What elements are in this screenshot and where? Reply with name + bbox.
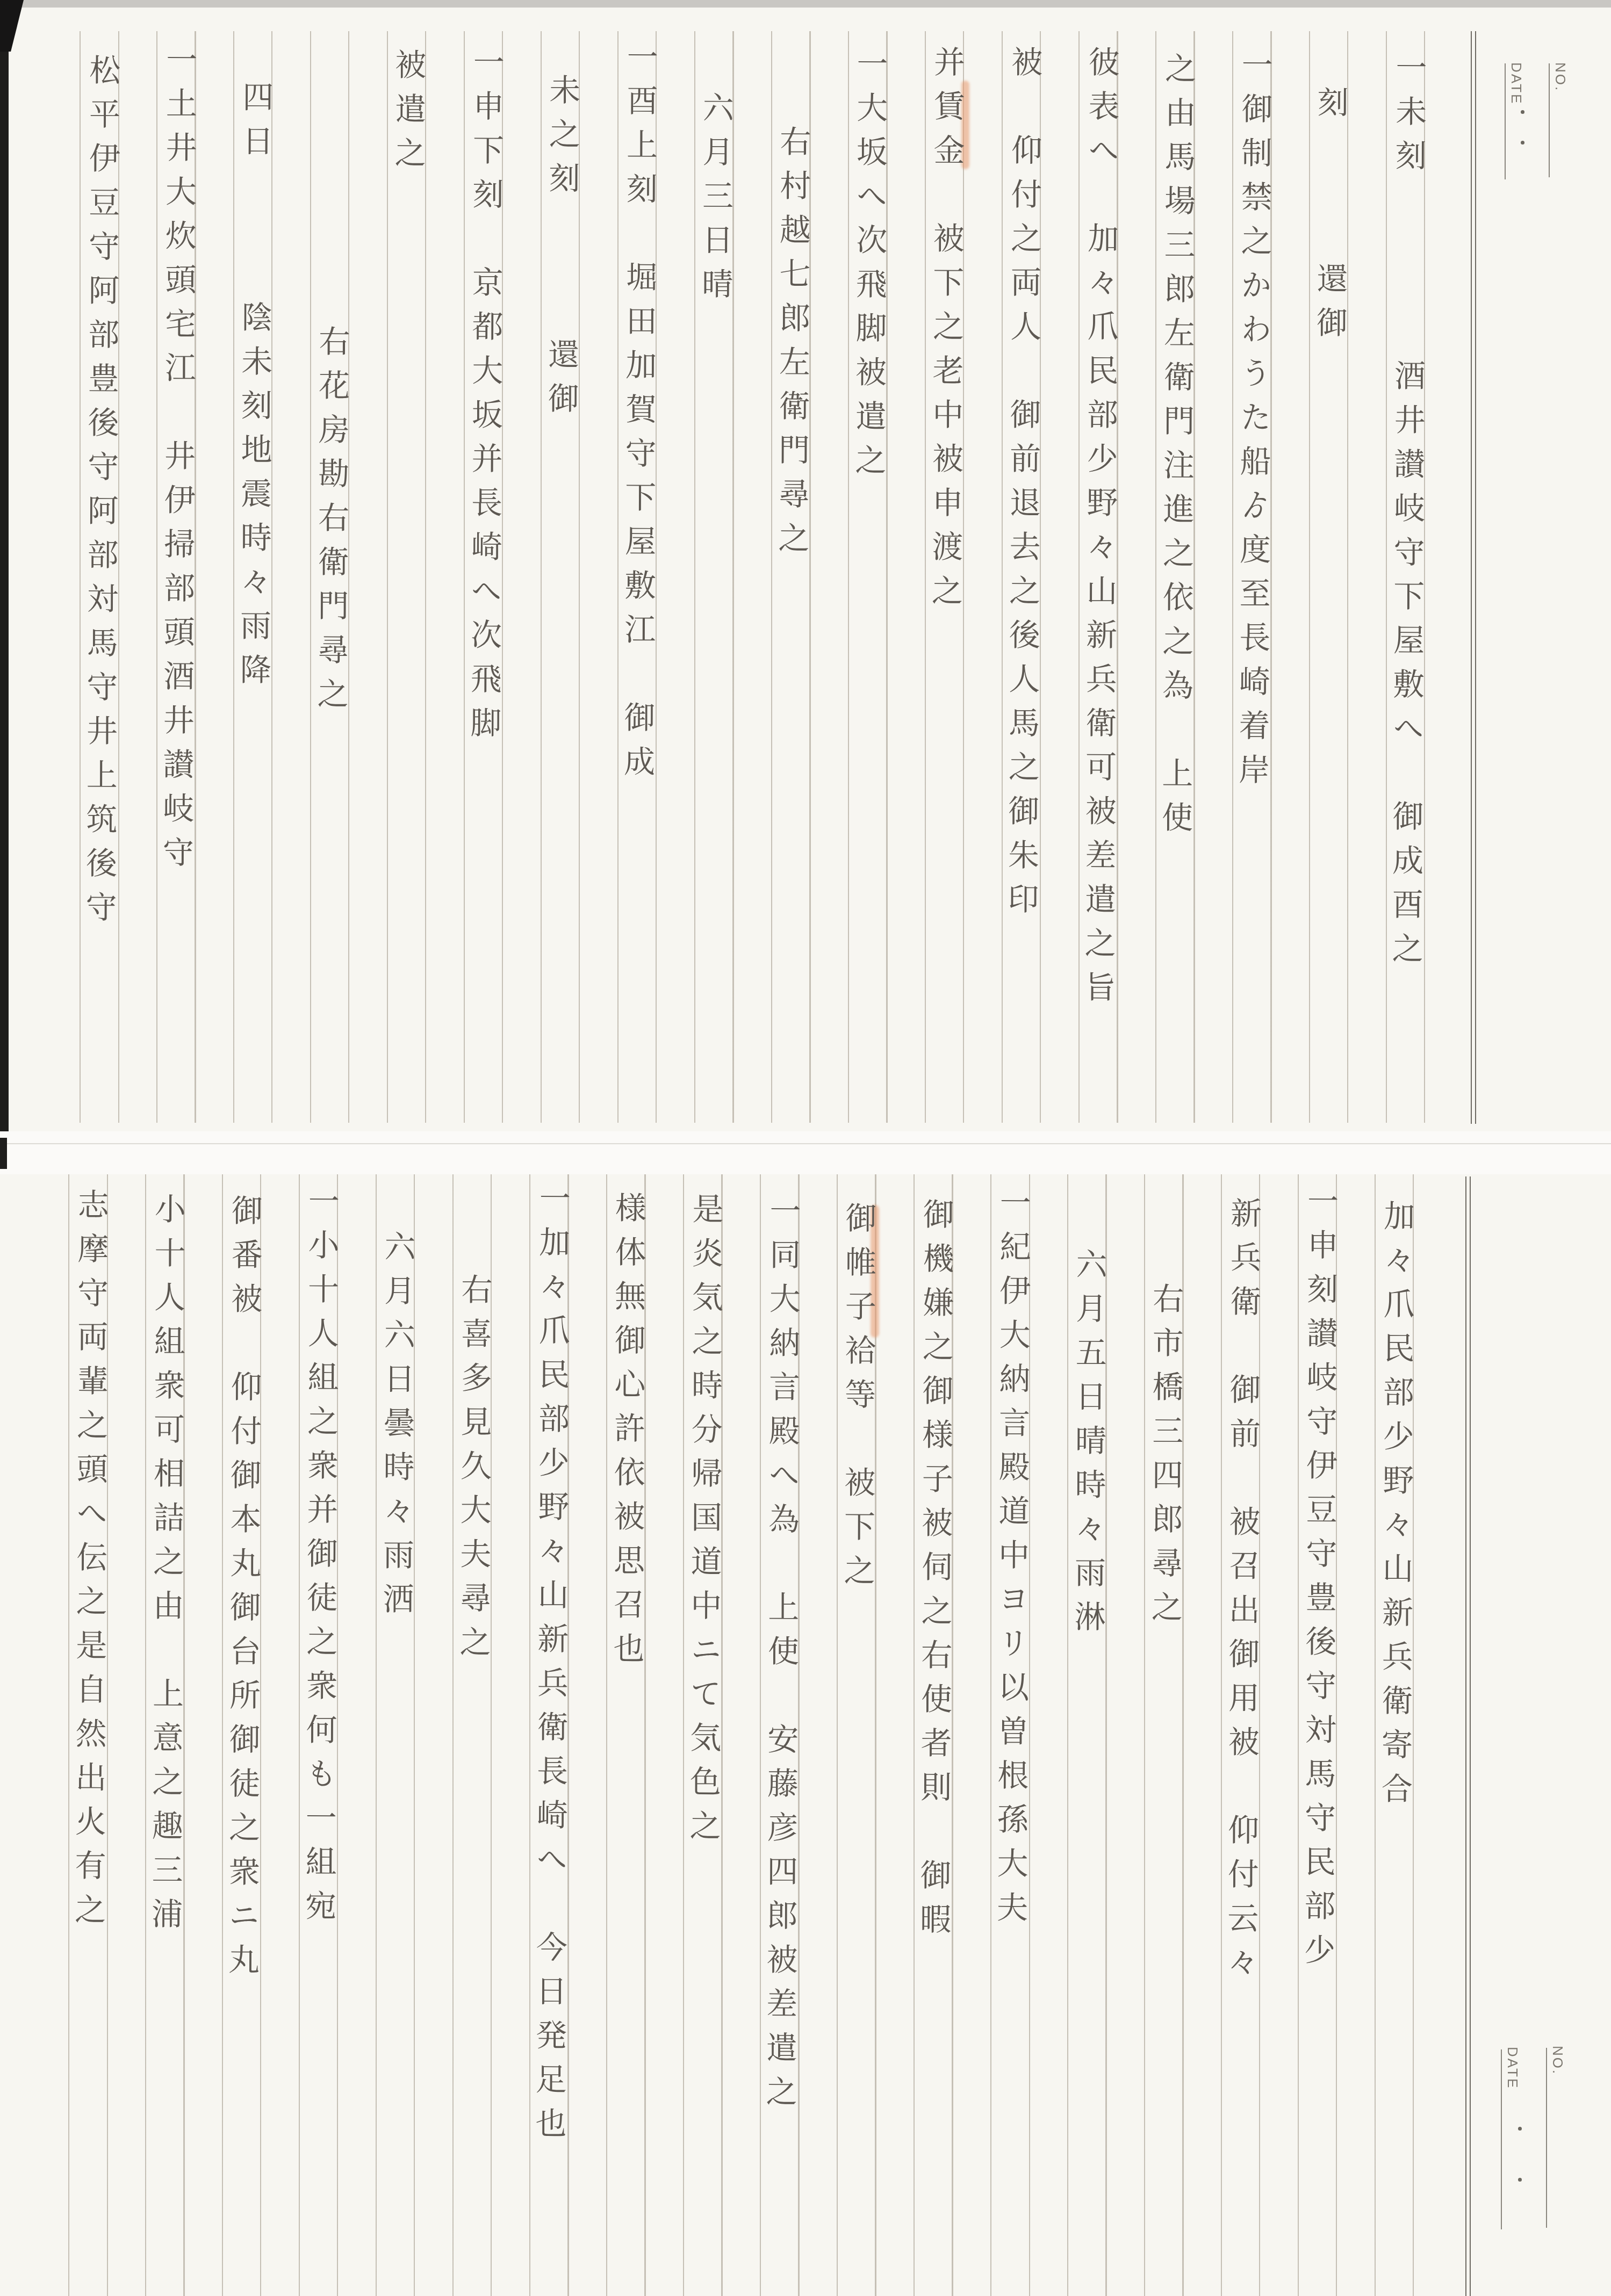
- handwritten-column: 被遣之: [386, 48, 426, 180]
- handwritten-column: 一同大納言殿へ為 上使 安藤彦四郎被差遣之: [758, 1194, 801, 2119]
- handwritten-column: 様体無御心許依被思召也: [605, 1192, 646, 1676]
- page-1: NO. DATE 一未刻 酒井讃岐守下屋敷へ 御成酉之 刻 還御 一御制禁之かわ…: [0, 8, 1611, 1131]
- date-separator-dot: [1518, 2178, 1522, 2182]
- margin-line: [1471, 31, 1476, 1124]
- date-separator-dot: [1521, 141, 1524, 145]
- no-label: NO.: [1552, 62, 1569, 92]
- handwritten-column: 未之刻 還御: [540, 74, 580, 426]
- handwritten-column: 六月三日晴: [694, 91, 733, 312]
- handwritten-column: 右村越七郎左衛門尋之: [770, 125, 811, 566]
- no-line: [1546, 2048, 1547, 2228]
- handwritten-column: 一酉上刻 堀田加賀守下屋敷江 御成: [616, 40, 658, 789]
- handwritten-column: 一御制禁之かわうた船ゟ度至長崎着岸: [1231, 48, 1272, 797]
- handwritten-column: 右喜多見久大夫尋之: [451, 1273, 492, 1670]
- page-2: NO. DATE 加々爪民部少野々山新兵衛寄合 一申刻讃岐守伊豆守豊後守対馬守民…: [0, 1174, 1611, 2296]
- date-separator-dot: [1521, 110, 1524, 114]
- handwritten-column: 刻 還御: [1308, 86, 1348, 350]
- handwritten-column: 御帷子袷等 被下之: [836, 1202, 876, 1598]
- handwritten-column: 被 仰付之両人 御前退去之後人馬之御朱印: [999, 46, 1042, 927]
- date-separator-dot: [1518, 2127, 1522, 2131]
- handwritten-column: 一土井大炊頭宅江 井伊掃部頭酒井讃岐守: [155, 43, 197, 880]
- handwritten-column: 六月六日曇時々雨洒: [375, 1230, 415, 1627]
- handwritten-column: 是炎気之時分帰国道中ニて気色之: [681, 1193, 723, 1853]
- handwritten-column: 四日 陰未刻地震時々雨降: [232, 81, 273, 697]
- date-label: DATE: [1504, 2047, 1521, 2089]
- page-gap: [0, 1131, 1611, 1174]
- no-line: [1549, 63, 1550, 177]
- handwritten-column: 小十人組衆可相詰之由 上意之趣三浦: [143, 1193, 185, 1941]
- handwritten-column: 一申刻讃岐守伊豆守豊後守対馬守民部少: [1296, 1185, 1338, 1977]
- handwritten-column: 右市橋三四郎尋之: [1143, 1282, 1184, 1635]
- handwritten-column: 一未刻 酒井讃岐守下屋敷へ 御成酉之: [1384, 51, 1427, 976]
- handwritten-column: 一大坂へ次飛脚被遣之: [847, 47, 888, 488]
- handwritten-column: 彼表へ 加々爪民部少野々山新兵衛可被差遣之旨: [1076, 46, 1119, 1015]
- handwritten-column: 六月五日晴時々雨淋: [1066, 1248, 1106, 1644]
- handwritten-column: 之由馬場三郎左衛門注進之依之為 上使: [1154, 52, 1196, 845]
- handwritten-column: 加々爪民部少野々山新兵衛寄合: [1373, 1200, 1414, 1816]
- handwritten-column: 御機嫌之御様子被伺之右使者則 御暇: [912, 1198, 954, 1947]
- date-label: DATE: [1508, 62, 1524, 105]
- no-label: NO.: [1549, 2046, 1566, 2075]
- ruled-lines: [80, 31, 1425, 1123]
- handwritten-column: 一申下刻 京都大坂并長崎へ次飛脚: [462, 46, 504, 750]
- scan-edge: [0, 8, 9, 1131]
- date-line: [1505, 63, 1506, 179]
- ruled-lines: [68, 1174, 1415, 2296]
- handwritten-column: 御番被 仰付御本丸御台所御徒之衆ニ丸: [220, 1194, 262, 1987]
- scan-edge: [0, 1138, 7, 1169]
- handwritten-column: 并賃金 被下之老中被申渡之: [924, 46, 965, 618]
- handwritten-column: 一加々爪民部少野々山新兵衛長崎へ 今日発足也: [527, 1182, 570, 2151]
- handwritten-column: 一紀伊大納言殿道中ヨリ以曽根孫大夫: [989, 1186, 1031, 1935]
- handwritten-column: 一小十人組之衆并御徒之衆何も一組宛: [297, 1185, 339, 1933]
- handwritten-column: 志摩守両輩之頭へ伝之是自然出火有之: [67, 1188, 109, 1937]
- date-line: [1501, 2049, 1502, 2229]
- page-gap-line: [0, 1143, 1611, 1144]
- handwritten-column: 松平伊豆守阿部豊後守阿部対馬守井上筑後守: [77, 54, 120, 935]
- margin-line: [1465, 1176, 1471, 2296]
- handwritten-column: 新兵衛 御前 被召出御用被 仰付云々: [1219, 1197, 1261, 1990]
- handwritten-column: 右花房勘右衛門尋之: [309, 325, 349, 721]
